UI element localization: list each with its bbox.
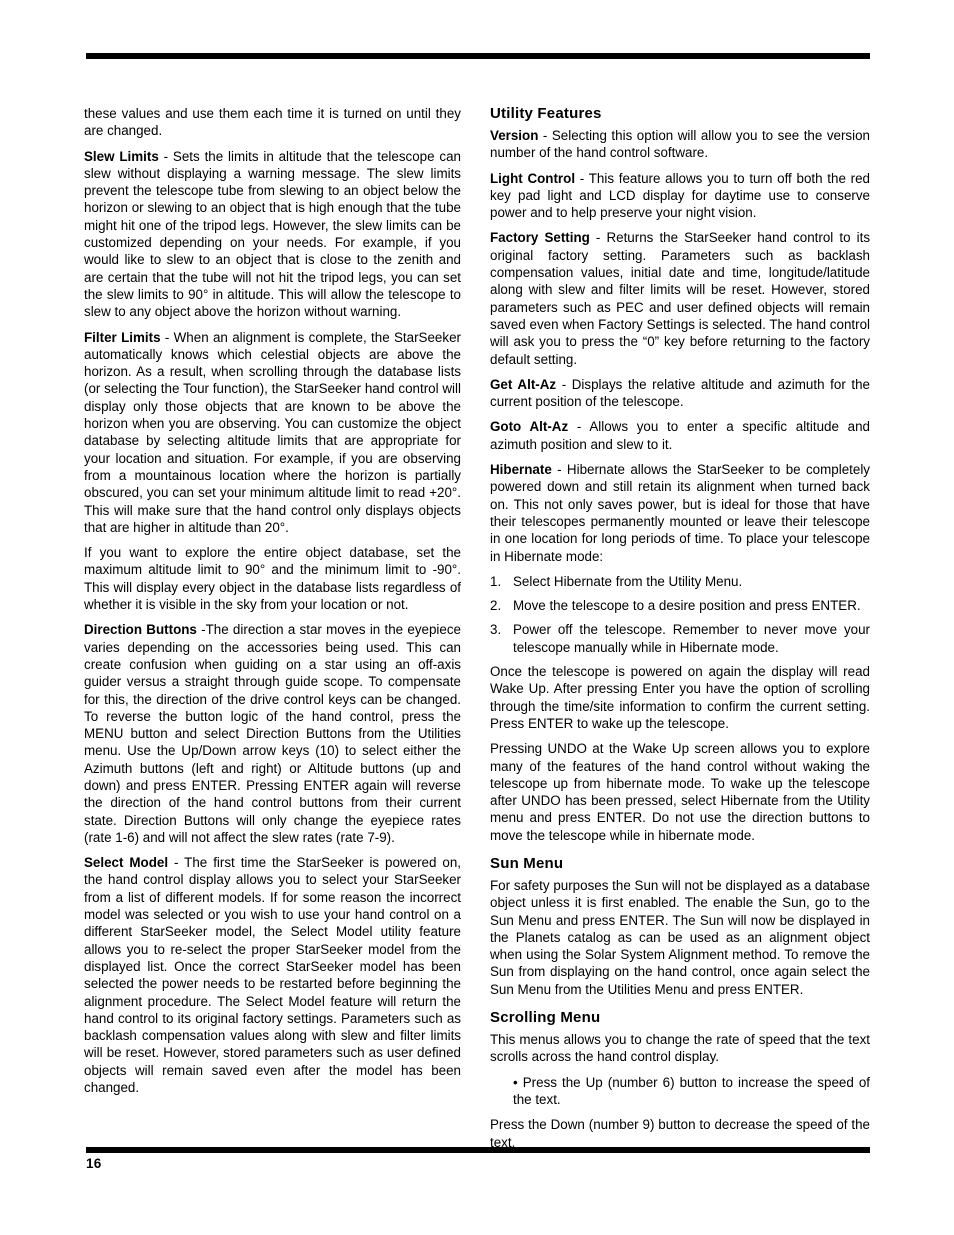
- filter-limits-text: - When an alignment is complete, the Sta…: [84, 330, 461, 535]
- hibernate-term: Hibernate: [490, 462, 552, 477]
- paragraph-slew-limits: Slew Limits - Sets the limits in altitud…: [84, 148, 461, 321]
- list-item: 2.Move the telescope to a desire positio…: [490, 597, 870, 614]
- paragraph-version: Version - Selecting this option will all…: [490, 127, 870, 162]
- paragraph-factory-setting: Factory Setting - Returns the StarSeeker…: [490, 229, 870, 367]
- paragraph-filter-limits: Filter Limits - When an alignment is com…: [84, 329, 461, 537]
- filter-limits-term: Filter Limits: [84, 330, 161, 345]
- step-text: Move the telescope to a desire position …: [513, 597, 870, 614]
- paragraph-explore-database: If you want to explore the entire object…: [84, 544, 461, 613]
- list-item: 3.Power off the telescope. Remember to n…: [490, 621, 870, 656]
- step-number: 2.: [490, 597, 513, 614]
- paragraph-wake-up: Once the telescope is powered on again t…: [490, 663, 870, 732]
- paragraph-get-altaz: Get Alt-Az - Displays the relative altit…: [490, 376, 870, 411]
- paragraph-select-model: Select Model - The first time the StarSe…: [84, 854, 461, 1096]
- bullet-marker: •: [513, 1075, 518, 1090]
- select-model-text: - The first time the StarSeeker is power…: [84, 855, 461, 1095]
- goto-altaz-term: Goto Alt-Az: [490, 419, 568, 434]
- slew-limits-term: Slew Limits: [84, 149, 159, 164]
- heading-utility-features: Utility Features: [490, 105, 870, 123]
- step-number: 3.: [490, 621, 513, 656]
- direction-buttons-text: -The direction a star moves in the eyepi…: [84, 622, 461, 845]
- hibernate-steps-list: 1.Select Hibernate from the Utility Menu…: [490, 573, 870, 656]
- list-item: 1.Select Hibernate from the Utility Menu…: [490, 573, 870, 590]
- direction-buttons-term: Direction Buttons: [84, 622, 197, 637]
- paragraph-goto-altaz: Goto Alt-Az - Allows you to enter a spec…: [490, 418, 870, 453]
- paragraph-hibernate: Hibernate - Hibernate allows the StarSee…: [490, 461, 870, 565]
- paragraph-direction-buttons: Direction Buttons -The direction a star …: [84, 621, 461, 846]
- heading-scrolling-menu: Scrolling Menu: [490, 1009, 870, 1027]
- step-text: Select Hibernate from the Utility Menu.: [513, 573, 870, 590]
- manual-page: these values and use them each time it i…: [0, 0, 954, 1235]
- paragraph-sun-menu: For safety purposes the Sun will not be …: [490, 877, 870, 998]
- page-number: 16: [86, 1156, 102, 1171]
- factory-setting-term: Factory Setting: [490, 230, 590, 245]
- bullet-item: • Press the Up (number 6) button to incr…: [490, 1074, 870, 1109]
- factory-setting-text: - Returns the StarSeeker hand control to…: [490, 230, 870, 366]
- paragraph-carryover: these values and use them each time it i…: [84, 105, 461, 140]
- step-text: Power off the telescope. Remember to nev…: [513, 621, 870, 656]
- heading-sun-menu: Sun Menu: [490, 855, 870, 873]
- bullet-text: Press the Up (number 6) button to increa…: [513, 1075, 870, 1107]
- paragraph-scrolling-menu: This menus allows you to change the rate…: [490, 1031, 870, 1066]
- bottom-rule: [86, 1147, 870, 1153]
- paragraph-down-button: Press the Down (number 9) button to decr…: [490, 1116, 870, 1151]
- paragraph-undo: Pressing UNDO at the Wake Up screen allo…: [490, 740, 870, 844]
- version-term: Version: [490, 128, 538, 143]
- select-model-term: Select Model: [84, 855, 168, 870]
- page-content: these values and use them each time it i…: [84, 105, 870, 1159]
- paragraph-light-control: Light Control - This feature allows you …: [490, 170, 870, 222]
- right-column: Utility Features Version - Selecting thi…: [490, 105, 870, 1159]
- slew-limits-text: - Sets the limits in altitude that the t…: [84, 149, 461, 320]
- hibernate-text: - Hibernate allows the StarSeeker to be …: [490, 462, 870, 563]
- left-column: these values and use them each time it i…: [84, 105, 461, 1159]
- version-text: - Selecting this option will allow you t…: [490, 128, 870, 160]
- top-rule: [86, 53, 870, 59]
- get-altaz-term: Get Alt-Az: [490, 377, 556, 392]
- light-control-term: Light Control: [490, 171, 575, 186]
- step-number: 1.: [490, 573, 513, 590]
